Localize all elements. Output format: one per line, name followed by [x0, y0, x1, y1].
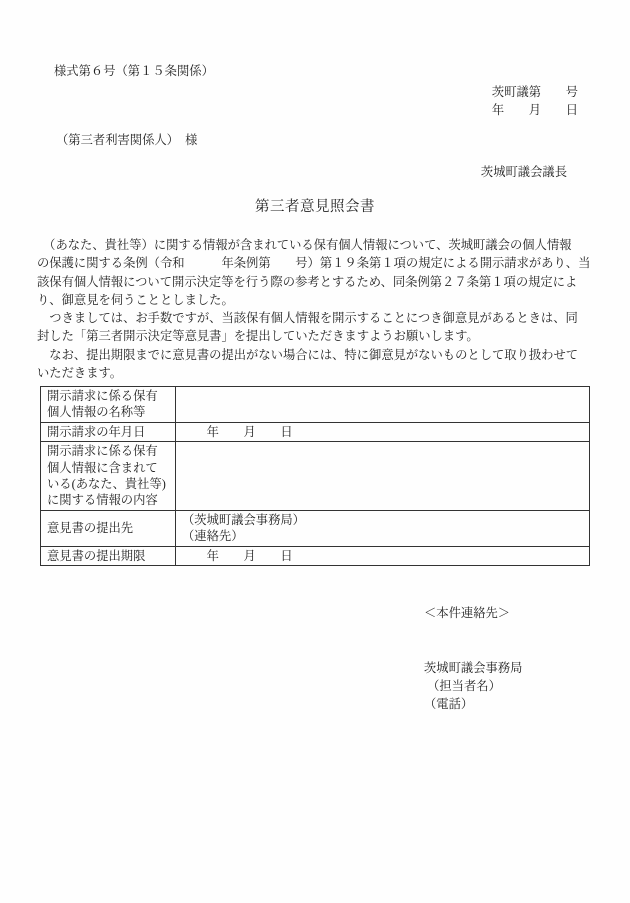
row-value-submit-to: （茨城町議会事務局） （連絡先）	[176, 510, 590, 546]
table-row: 開示請求の年月日 年 月 日	[41, 422, 590, 441]
table-row: 意見書の提出先 （茨城町議会事務局） （連絡先）	[41, 510, 590, 546]
row-value-held-info-name	[176, 387, 590, 423]
row-label-info-content: 開示請求に係る保有 個人情報に含まれて いる(あなた、貴社等) に関する情報の内…	[41, 442, 176, 511]
table-row: 開示請求に係る保有 個人情報に含まれて いる(あなた、貴社等) に関する情報の内…	[41, 442, 590, 511]
row-label-request-date: 開示請求の年月日	[41, 422, 176, 441]
request-info-table: 開示請求に係る保有 個人情報の名称等 開示請求の年月日 年 月 日 開示請求に係…	[40, 386, 590, 566]
row-value-info-content	[176, 442, 590, 511]
row-label-submit-deadline: 意見書の提出期限	[41, 546, 176, 565]
contact-lines: 茨城町議会事務局 （担当者名） （電話）	[424, 659, 522, 714]
contact-info-block: ＜本件連絡先＞ 茨城町議会事務局 （担当者名） （電話）	[424, 568, 522, 750]
body-paragraphs: （あなた、貴社等）に関する情報が含まれている保有個人情報について、茨城町議会の個…	[37, 236, 594, 382]
table-row: 意見書の提出期限 年 月 日	[41, 546, 590, 565]
row-value-request-date: 年 月 日	[176, 422, 590, 441]
contact-heading: ＜本件連絡先＞	[424, 604, 522, 622]
row-label-held-info-name: 開示請求に係る保有 個人情報の名称等	[41, 387, 176, 423]
form-number: 様式第６号（第１５条関係）	[54, 61, 214, 79]
row-value-submit-deadline: 年 月 日	[176, 546, 590, 565]
document-title: 第三者意見照会書	[0, 195, 630, 216]
sender-line: 茨城町議会議長	[481, 162, 567, 180]
table-row: 開示請求に係る保有 個人情報の名称等	[41, 387, 590, 423]
document-number-and-date: 茨町議第 号 年 月 日	[492, 83, 578, 119]
addressee-line: （第三者利害関係人） 様	[56, 130, 197, 148]
row-label-submit-to: 意見書の提出先	[41, 510, 176, 546]
document-page: 様式第６号（第１５条関係） 茨町議第 号 年 月 日 （第三者利害関係人） 様 …	[0, 0, 630, 903]
